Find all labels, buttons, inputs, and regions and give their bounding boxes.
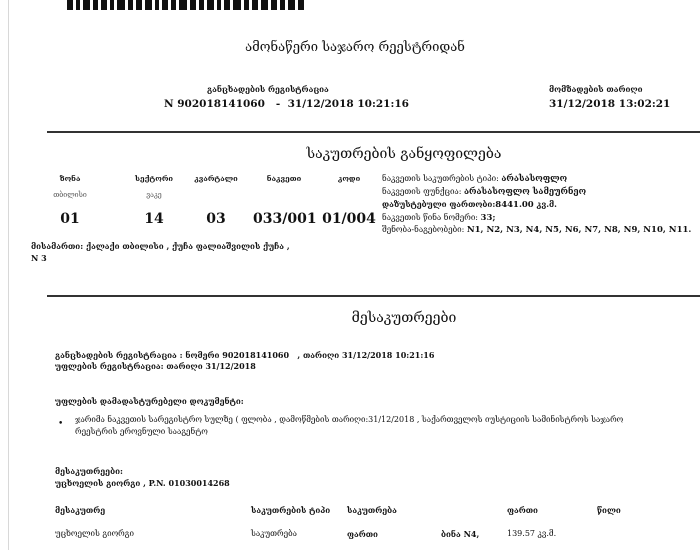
- right-reg-date: 31/12/2018: [205, 361, 255, 371]
- registry-extract-page: ამონაწერი საჯარო რეესტრიდან განცხადების …: [8, 0, 700, 550]
- code-value: 01/004: [319, 211, 379, 227]
- zone-sublabel: თბილისი: [45, 191, 95, 199]
- application-number-line: N 902018141060 - 31/12/2018 10:21:16: [164, 98, 409, 110]
- application-reg-line: განცხადების რეგისტრაცია : ნომერი 9020181…: [55, 350, 695, 361]
- previous-number-label: ნაკვეთის წინა ნომერი:: [382, 213, 478, 222]
- basis-item: ჯარიმა ნაკვეთის სარეგისტრო სულზე ( ფლობა…: [75, 414, 650, 438]
- address-block: მისამართი: ქალაქი თბილისი , ქუჩა ფალიაშვ…: [31, 240, 361, 264]
- section-divider: [47, 295, 700, 297]
- owners-label: მესაკუთრეები:: [55, 466, 123, 476]
- land-function-label: ნაკვეთის ფუნქცია:: [382, 187, 461, 196]
- app-reg-datetime: 31/12/2018 10:21:16: [342, 350, 434, 360]
- structures-value: N1, N2, N3, N4, N5, N6, N7, N8, N9, N10,…: [467, 225, 692, 235]
- code-label: კოდი: [319, 174, 379, 183]
- parcel-column: ნაკვეთი 033/001: [253, 174, 315, 191]
- application-number: N 902018141060: [164, 98, 265, 110]
- sector-sublabel: ვაკე: [129, 191, 179, 199]
- cell-ownership-type: საკუთრება: [251, 515, 347, 539]
- structures-label: შენობა-ნაგებობები:: [382, 225, 464, 234]
- quarter-label: კვარტალი: [185, 174, 247, 183]
- area-label: დაზუსტებული ფართობი:: [382, 199, 495, 209]
- land-type-label: ნაკვეთის საკუთრების ტიპი:: [382, 174, 499, 183]
- quarter-column: კვარტალი 03: [185, 174, 247, 191]
- app-reg-date-label: , თარიღი: [297, 350, 339, 360]
- document-title: ამონაწერი საჯარო რეესტრიდან: [9, 40, 700, 55]
- parcel-value: 033/001: [253, 211, 315, 227]
- area-unit: კვ.მ.: [537, 199, 557, 209]
- land-function-value: არასასოფლო სამეურნეო: [464, 187, 586, 197]
- address-label: მისამართი: ქალაქი თბილისი , ქუჩა ფალიაშვ…: [31, 240, 361, 252]
- bullet-icon: •: [58, 419, 63, 429]
- sector-column: სექტორი ვაკე 14: [129, 174, 179, 199]
- zone-value: 01: [45, 211, 95, 227]
- cell-share: [597, 515, 657, 539]
- sector-value: 14: [129, 211, 179, 227]
- app-reg-number: 902018141060: [222, 350, 289, 360]
- section-divider: [47, 131, 700, 133]
- zone-label: ზონა: [45, 174, 95, 183]
- cell-area: 139.57 კვ.მ.: [507, 515, 597, 539]
- area-value: 8441.00: [495, 200, 533, 210]
- cell-property: ფართი: [347, 515, 441, 539]
- area-line: დაზუსტებული ფართობი:8441.00 კვ.მ.: [382, 198, 697, 212]
- cell-owner: უცხოელის გიორგი: [55, 515, 251, 539]
- address-value: N 3: [31, 252, 361, 264]
- owners-section-title: მესაკუთრეები: [219, 310, 589, 326]
- owners-table: მესაკუთრე საკუთრების ტიპი საკუთრება ფართ…: [55, 505, 657, 539]
- separator: -: [276, 98, 280, 110]
- barcode: [67, 0, 312, 10]
- issue-datetime: 31/12/2018 13:02:21: [549, 98, 670, 110]
- table-header-row: მესაკუთრე საკუთრების ტიპი საკუთრება ფართ…: [55, 505, 657, 515]
- parcel-label: ნაკვეთი: [253, 174, 315, 183]
- app-reg-label: განცხადების რეგისტრაცია : ნომერი: [55, 350, 219, 360]
- owner-line: უცხოელის გიორგი , P.N. 01030014268: [55, 478, 230, 488]
- code-column: კოდი 01/004: [319, 174, 379, 191]
- application-registration-label: განცხადების რეგისტრაცია: [207, 84, 329, 94]
- header-owner: მესაკუთრე: [55, 505, 251, 515]
- header-area: ფართი: [507, 505, 597, 515]
- right-reg-label: უფლების რეგისტრაცია: თარიღი: [55, 361, 203, 371]
- header-property: საკუთრება: [347, 505, 441, 515]
- structures-line: შენობა-ნაგებობები: N1, N2, N3, N4, N5, N…: [382, 224, 697, 237]
- header-blank: [441, 505, 507, 515]
- cell-apartment: ბინა N4,: [441, 515, 507, 539]
- previous-number-value: 33;: [481, 213, 496, 223]
- registration-info: განცხადების რეგისტრაცია : ნომერი 9020181…: [55, 350, 695, 372]
- right-reg-line: უფლების რეგისტრაცია: თარიღი 31/12/2018: [55, 361, 695, 372]
- sector-label: სექტორი: [129, 174, 179, 183]
- zone-column: ზონა თბილისი 01: [45, 174, 95, 199]
- property-section-title: საკუთრების განყოფილება: [219, 146, 589, 162]
- land-function-line: ნაკვეთის ფუნქცია: არასასოფლო სამეურნეო: [382, 186, 697, 199]
- basis-label: უფლების დამადასტურებელი დოკუმენტი:: [55, 396, 244, 406]
- application-datetime: 31/12/2018 10:21:16: [288, 98, 409, 110]
- land-type-line: ნაკვეთის საკუთრების ტიპი: არასასოფლო: [382, 173, 697, 186]
- table-row: უცხოელის გიორგი საკუთრება ფართი ბინა N4,…: [55, 515, 657, 539]
- previous-number-line: ნაკვეთის წინა ნომერი: 33;: [382, 212, 697, 225]
- parcel-info: ნაკვეთის საკუთრების ტიპი: არასასოფლო ნაკ…: [382, 173, 697, 237]
- issue-date-label: მომზადების თარიღი: [549, 84, 643, 94]
- quarter-value: 03: [185, 211, 247, 227]
- header-share: წილი: [597, 505, 657, 515]
- land-type-value: არასასოფლო: [501, 174, 567, 184]
- header-ownership-type: საკუთრების ტიპი: [251, 505, 347, 515]
